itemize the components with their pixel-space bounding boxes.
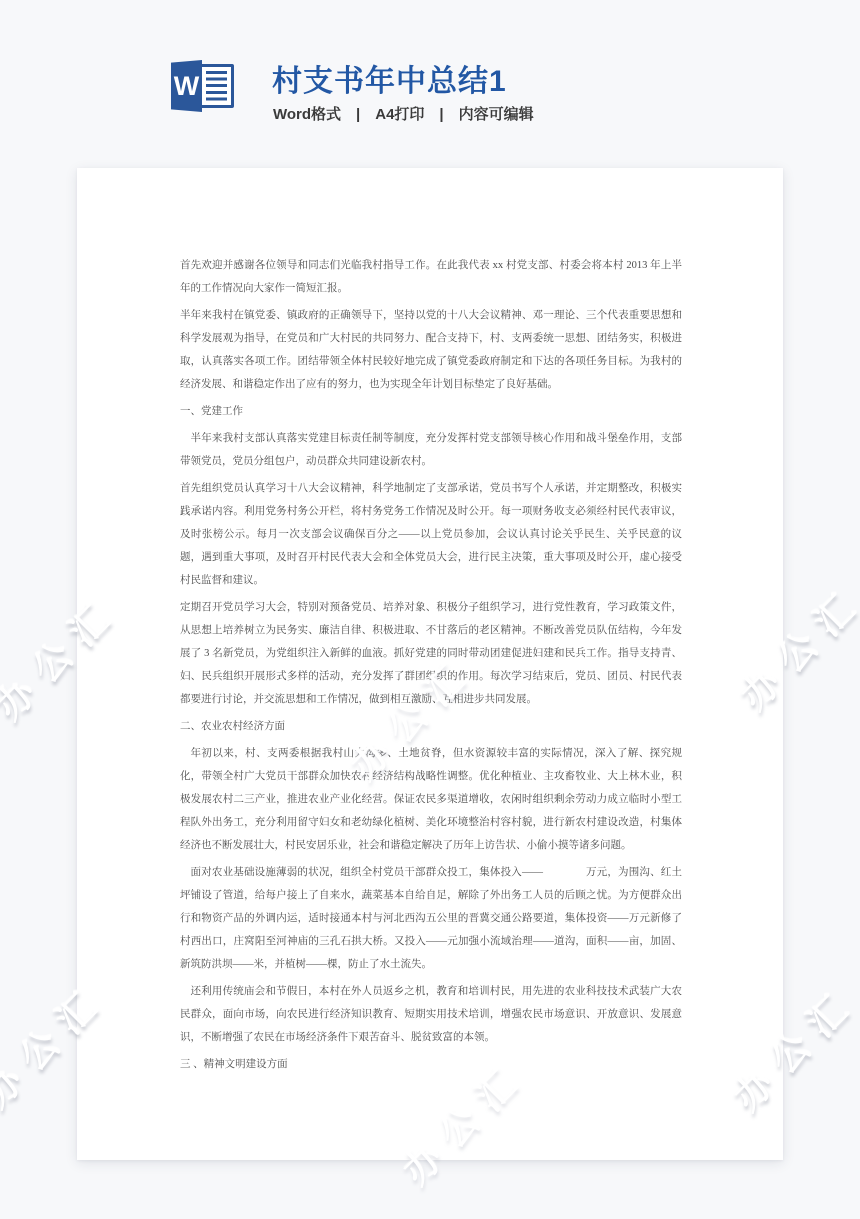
section-heading: 三 、精神文明建设方面 xyxy=(180,1053,682,1076)
section-heading: 二、农业农村经济方面 xyxy=(180,715,682,738)
document-subtitle: Word格式 | A4打印 | 内容可编辑 xyxy=(273,103,534,124)
paragraph: 半年来我村支部认真落实党建目标责任制等制度，充分发挥村党支部领导核心作用和战斗堡… xyxy=(180,427,682,473)
document-page: 首先欢迎并感谢各位领导和同志们光临我村指导工作。在此我代表 xx 村党支部、村委… xyxy=(77,168,783,1160)
word-icon: W xyxy=(171,60,237,112)
paragraph: 定期召开党员学习大会，特别对预备党员、培养对象、积极分子组织学习，进行党性教育，… xyxy=(180,596,682,711)
paragraph: 半年来我村在镇党委、镇政府的正确领导下，坚持以党的十八大会议精神、邓一理论、三个… xyxy=(180,304,682,396)
paragraph: 面对农业基础设施薄弱的状况，组织全村党员干部群众投工，集体投入—— 万元，为围沟… xyxy=(180,861,682,976)
word-icon-letter: W xyxy=(174,73,199,100)
document-body: 首先欢迎并感谢各位领导和同志们光临我村指导工作。在此我代表 xx 村党支部、村委… xyxy=(180,254,682,1080)
paragraph: 还利用传统庙会和节假日，本村在外人员返乡之机，教育和培训村民，用先进的农业科技技… xyxy=(180,980,682,1049)
section-heading: 一、党建工作 xyxy=(180,400,682,423)
paragraph: 首先组织党员认真学习十八大会议精神，科学地制定了支部承诺，党员书写个人承诺，并定… xyxy=(180,477,682,592)
word-icon-panel: W xyxy=(171,60,202,112)
paragraph: 年初以来，村、支两委根据我村山大沟多、土地贫脊，但水资源较丰富的实际情况，深入了… xyxy=(180,742,682,857)
word-icon-text-lines xyxy=(206,71,227,101)
paragraph: 首先欢迎并感谢各位领导和同志们光临我村指导工作。在此我代表 xx 村党支部、村委… xyxy=(180,254,682,300)
document-title: 村支书年中总结1 xyxy=(272,56,507,100)
